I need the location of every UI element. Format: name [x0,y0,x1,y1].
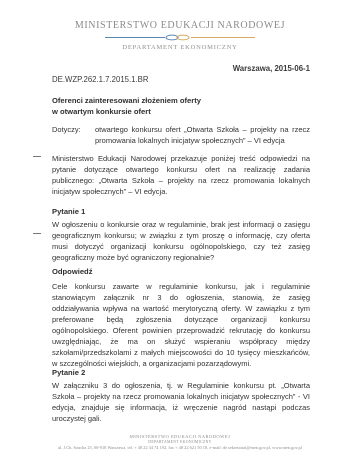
addressee-line-1: Oferenci zainteresowani złożeniem oferty [52,95,310,106]
document-page: MINISTERSTWO EDUKACJI NARODOWEJ DEPARTAM… [0,0,360,466]
footer-ministry: MINISTERSTWO EDUKACJI NARODOWEJ [0,434,360,439]
addressee-block: Oferenci zainteresowani złożeniem oferty… [52,95,310,117]
question-1-text: W ogłoszeniu o konkursie oraz w regulami… [52,219,310,263]
footer: MINISTERSTWO EDUKACJI NARODOWEJ DEPARTAM… [0,434,360,450]
department-title: DEPARTAMENT EKONOMICZNY [0,44,360,51]
intro-paragraph: Ministerstwo Edukacji Narodowej przekazu… [52,153,310,197]
letterhead-divider-ornament [105,33,255,42]
answer-1-heading: Odpowiedź [52,267,93,276]
footer-address-contact: al. J.Ch. Szucha 25, 00-918 Warszawa, te… [0,445,360,450]
subject-label: Dotyczy: [52,124,81,135]
letterhead: MINISTERSTWO EDUKACJI NARODOWEJ DEPARTAM… [0,20,360,51]
footer-department: DEPARTAMENT EKONOMICZNY [0,440,360,444]
margin-fold-mark-bottom [33,233,41,234]
question-1-heading: Pytanie 1 [52,207,85,216]
question-2-text: W załączniku 3 do ogłoszenia, tj. w Regu… [52,380,310,424]
subject-block: Dotyczy: otwartego konkursu ofert „Otwar… [52,124,310,146]
place-and-date: Warszawa, 2015-06-1 [0,64,310,73]
reference-number: DE.WZP.262.1.7.2015.1.BR [52,75,149,84]
answer-1-text: Cele konkursu zawarte w regulaminie konk… [52,281,310,369]
question-2-heading: Pytanie 2 [52,368,85,377]
ministry-title: MINISTERSTWO EDUKACJI NARODOWEJ [0,20,360,31]
addressee-line-2: w otwartym konkursie ofert [52,106,310,117]
margin-fold-mark-top [33,156,41,157]
subject-text: otwartego konkursu ofert „Otwarta Szkoła… [95,124,310,146]
